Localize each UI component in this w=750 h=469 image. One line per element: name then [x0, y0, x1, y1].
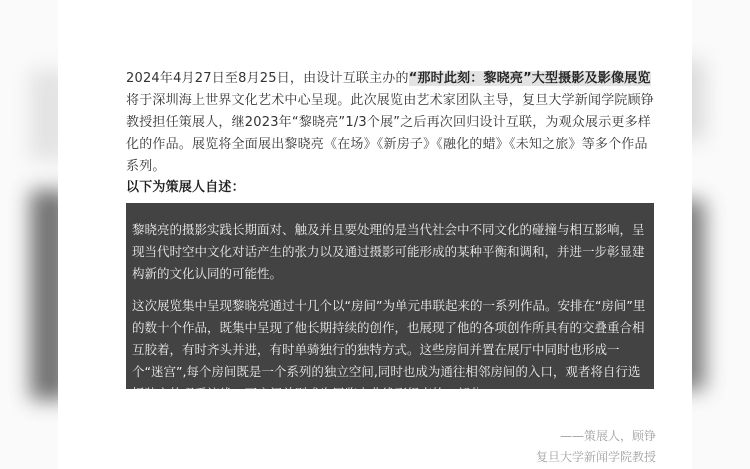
- article-page: 2024年4月27日至8月25日，由设计互联主办的“那时此刻：黎晓亮”大型摄影及…: [58, 0, 692, 469]
- exhibition-title-highlight: “那时此刻：黎晓亮”大型摄影及影像展览: [409, 71, 651, 86]
- intro-text-end: 将于深圳海上世界文化艺术中心呈现。此次展览由艺术家团队主导，复旦大学新闻学院顾铮…: [126, 93, 654, 174]
- attribution-title: 复旦大学新闻学院教授: [356, 447, 656, 468]
- statement-paragraph: 黎晓亮的摄影实践长期面对、触及并且要处理的是当代社会中不同文化的碰撞与相互影响，…: [132, 219, 648, 285]
- blurred-left-edge: [0, 0, 60, 469]
- attribution: ——策展人，顾铮 复旦大学新闻学院教授: [356, 426, 656, 468]
- curator-statement-box: 黎晓亮的摄影实践长期面对、触及并且要处理的是当代社会中不同文化的碰撞与相互影响，…: [126, 203, 654, 389]
- blur-shade: [30, 190, 60, 400]
- blur-shade: [30, 70, 60, 160]
- attribution-name: ——策展人，顾铮: [356, 426, 656, 447]
- intro-text-start: 2024年4月27日至8月25日，由设计互联主办的: [126, 71, 409, 86]
- statement-paragraph: 这次展览集中呈现黎晓亮通过十几个以“房间”为单元串联起来的一系列作品。安排在“房…: [132, 295, 648, 389]
- section-heading: 以下为策展人自述：: [126, 176, 245, 195]
- intro-paragraph: 2024年4月27日至8月25日，由设计互联主办的“那时此刻：黎晓亮”大型摄影及…: [126, 68, 656, 178]
